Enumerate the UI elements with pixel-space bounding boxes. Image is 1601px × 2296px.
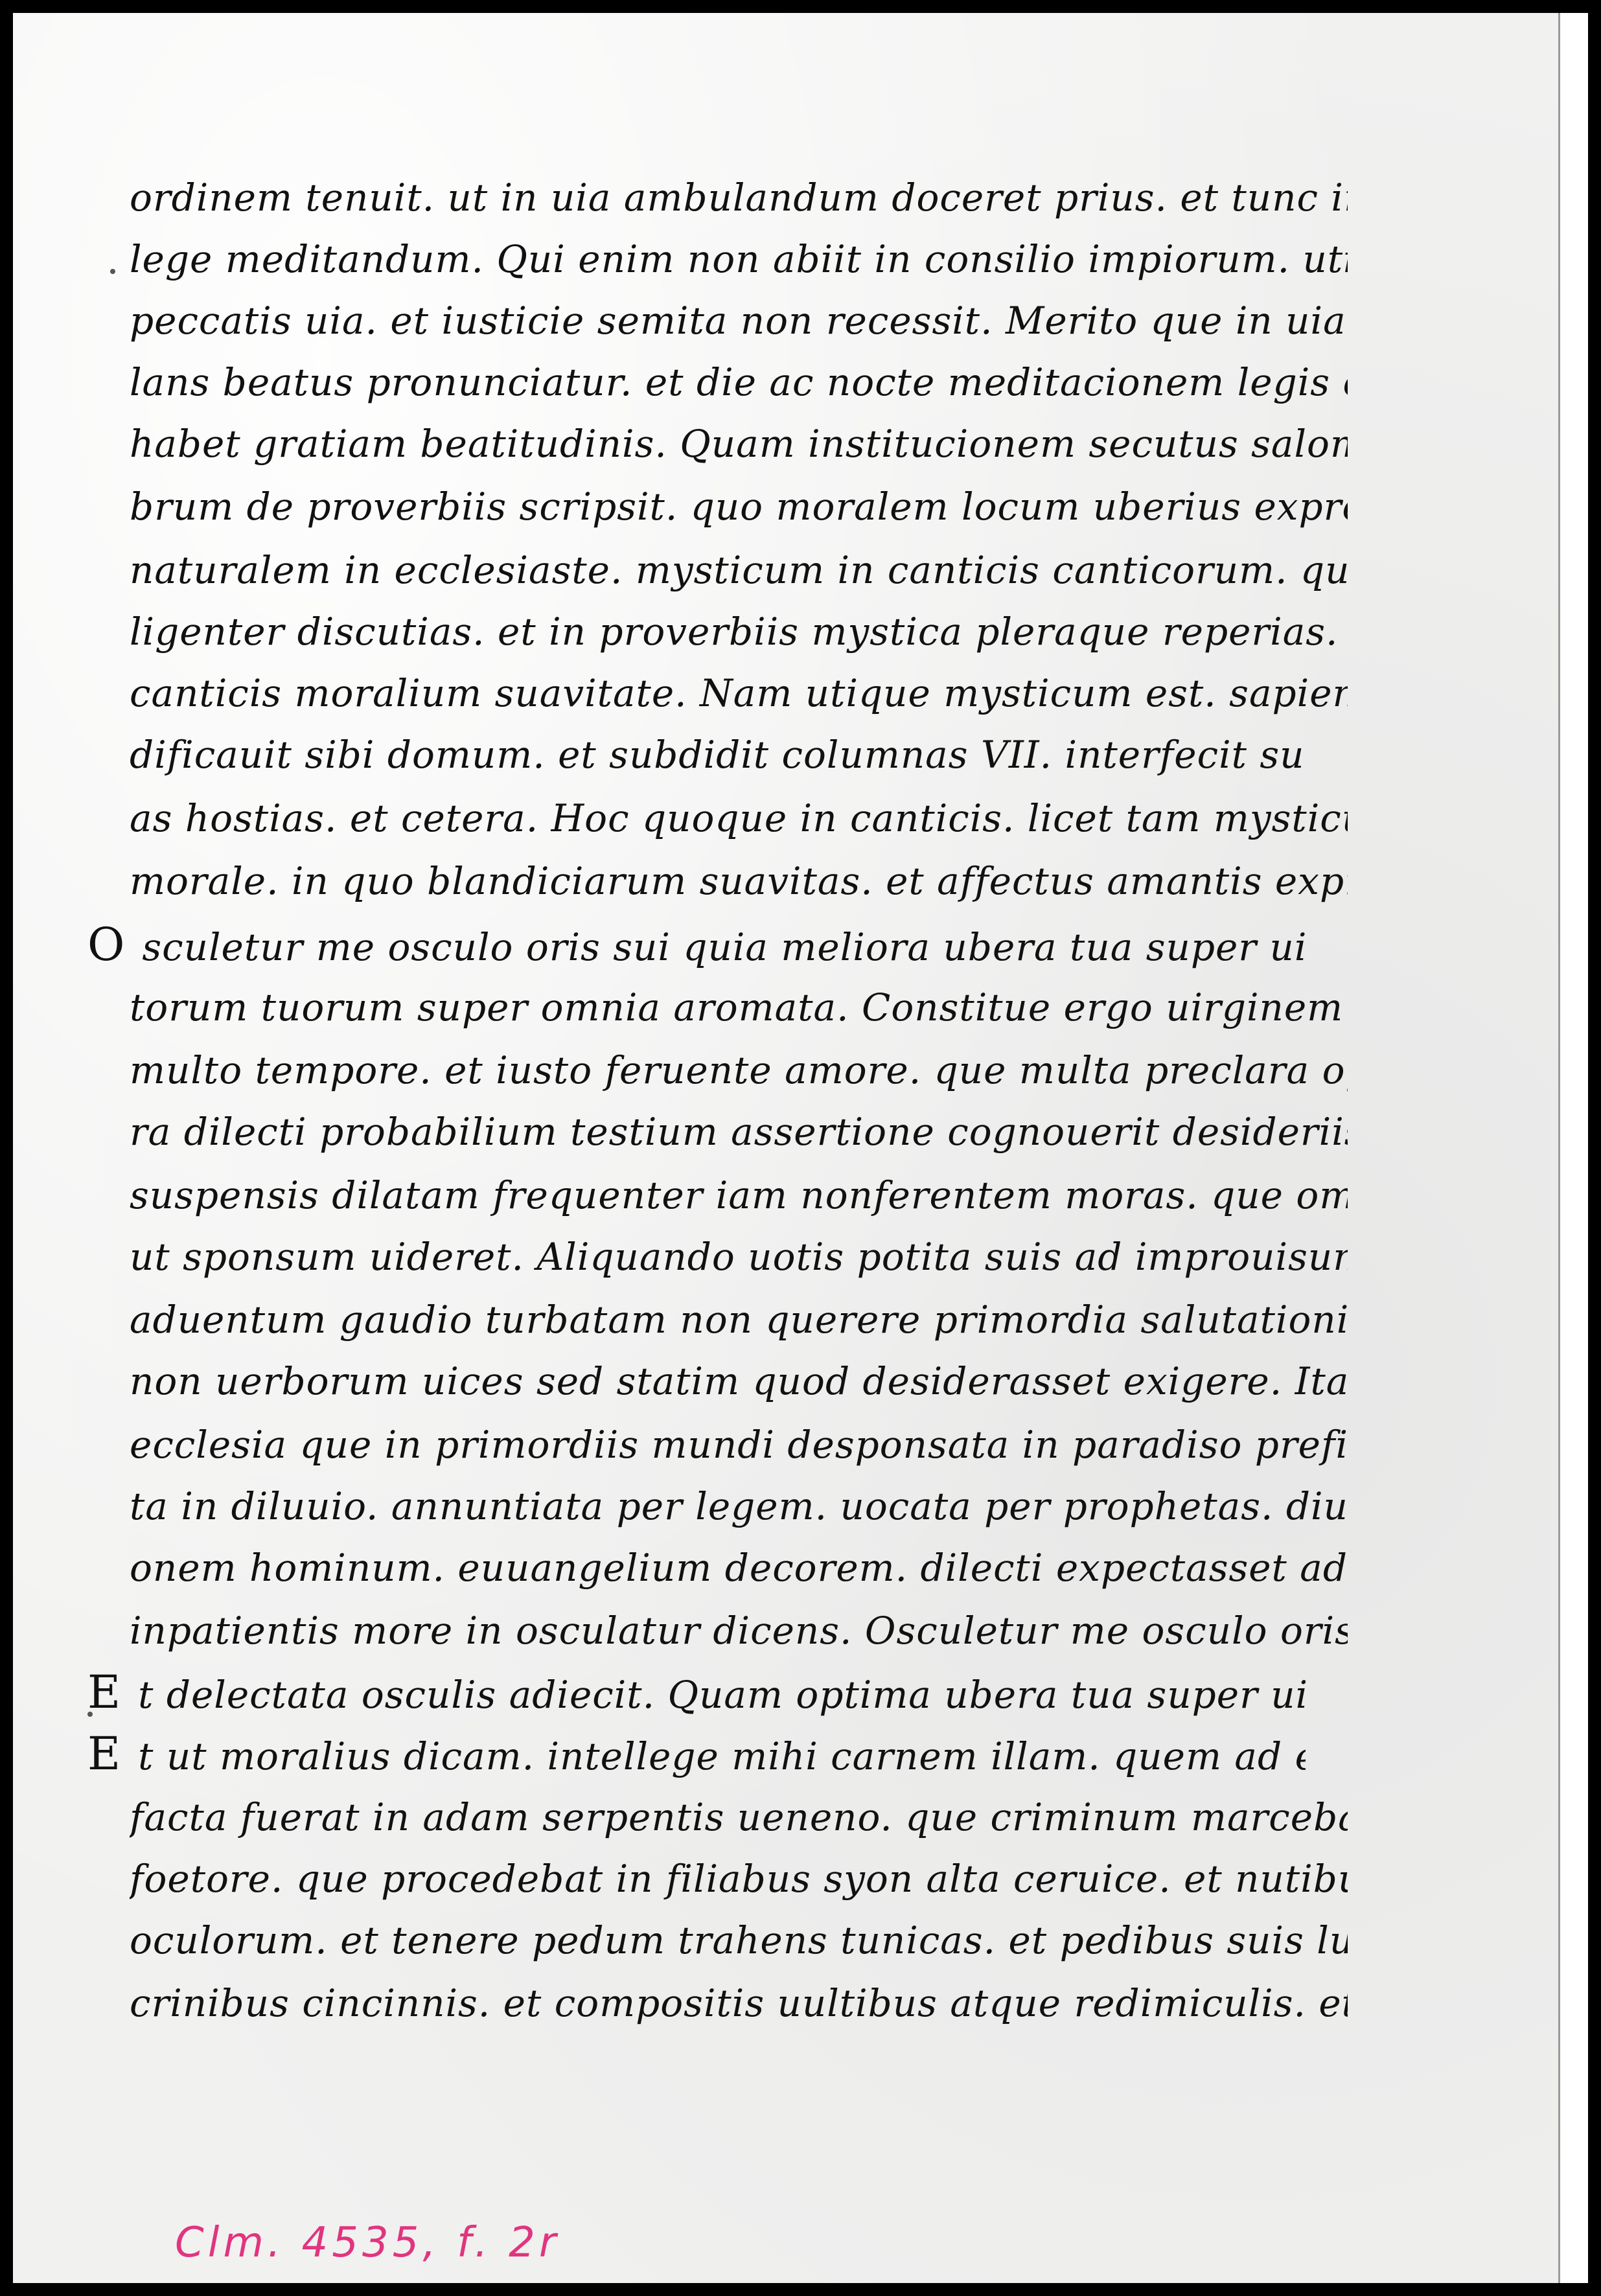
text-line: as hostias. et cetera. Hoc quoque in can… (130, 796, 1348, 841)
text-line: morale. in quo blandiciarum suavitas. et… (130, 858, 1348, 904)
manuscript-leaf: ordinem tenuit. ut in uia ambulandum doc… (13, 13, 1560, 2283)
text-line: suspensis dilatam frequenter iam nonfere… (130, 1173, 1348, 1218)
text-line-with-initial: Et delectata osculis adiecit. Quam optim… (87, 1670, 1306, 1717)
text-line: canticis moralium suavitate. Nam utique … (130, 671, 1348, 716)
text-line-body: sculetur me osculo oris sui quia meliora… (142, 925, 1306, 969)
initial-e: E (87, 1670, 121, 1717)
text-line: ecclesia que in primordiis mundi despons… (130, 1422, 1348, 1467)
text-line: torum tuorum super omnia aromata. Consti… (130, 985, 1348, 1030)
shelfmark-annotation: Clm. 4535, f. 2r (175, 2219, 560, 2267)
text-line: naturalem in ecclesiaste. mysticum in ca… (130, 547, 1348, 593)
text-line: dificauit sibi domum. et subdidit column… (130, 732, 1348, 777)
text-line-body: t delectata osculis adiecit. Quam optima… (138, 1673, 1306, 1717)
text-line: aduentum gaudio turbatam non querere pri… (130, 1297, 1348, 1342)
text-line: non uerborum uices sed statim quod desid… (130, 1359, 1348, 1404)
text-line-body: t ut moralius dicam. intellege mihi carn… (138, 1734, 1306, 1778)
text-line: oculorum. et tenere pedum trahens tunica… (130, 1918, 1348, 1963)
text-line: ligenter discutias. et in proverbiis mys… (130, 609, 1348, 654)
text-line: lege meditandum. Qui enim non abiit in c… (130, 236, 1348, 282)
text-line: peccatis uia. et iusticie semita non rec… (130, 298, 1348, 343)
text-line-with-initial: Et ut moralius dicam. intellege mihi car… (87, 1731, 1306, 1779)
text-line: ra dilecti probabilium testium assertion… (130, 1109, 1348, 1154)
photo-frame: ordinem tenuit. ut in uia ambulandum doc… (13, 13, 1588, 2283)
text-line: onem hominum. euuangelium decorem. dilec… (130, 1545, 1348, 1590)
text-block: ordinem tenuit. ut in uia ambulandum doc… (13, 13, 1558, 2151)
text-line: habet gratiam beatitudinis. Quam institu… (130, 421, 1348, 466)
text-line: ta in diluuio. annuntiata per legem. uoc… (130, 1484, 1348, 1529)
margin-dot (110, 269, 115, 274)
initial-o: O (87, 922, 125, 970)
text-line: multo tempore. et iusto feruente amore. … (130, 1048, 1348, 1093)
text-line: inpatientis more in osculatur dicens. Os… (130, 1608, 1348, 1653)
text-line: brum de proverbiis scripsit. quo moralem… (130, 484, 1348, 529)
text-line: ut sponsum uideret. Aliquando uotis poti… (130, 1234, 1348, 1280)
text-line: foetore. que procedebat in filiabus syon… (130, 1856, 1348, 1901)
text-line: ordinem tenuit. ut in uia ambulandum doc… (130, 175, 1348, 220)
text-line: lans beatus pronunciatur. et die ac noct… (130, 360, 1348, 405)
initial-e: E (87, 1731, 121, 1779)
text-line-with-initial: Osculetur me osculo oris sui quia melior… (87, 922, 1306, 970)
text-line: facta fuerat in adam serpentis ueneno. q… (130, 1795, 1348, 1840)
text-line: crinibus cincinnis. et compositis uultib… (130, 1980, 1348, 2026)
